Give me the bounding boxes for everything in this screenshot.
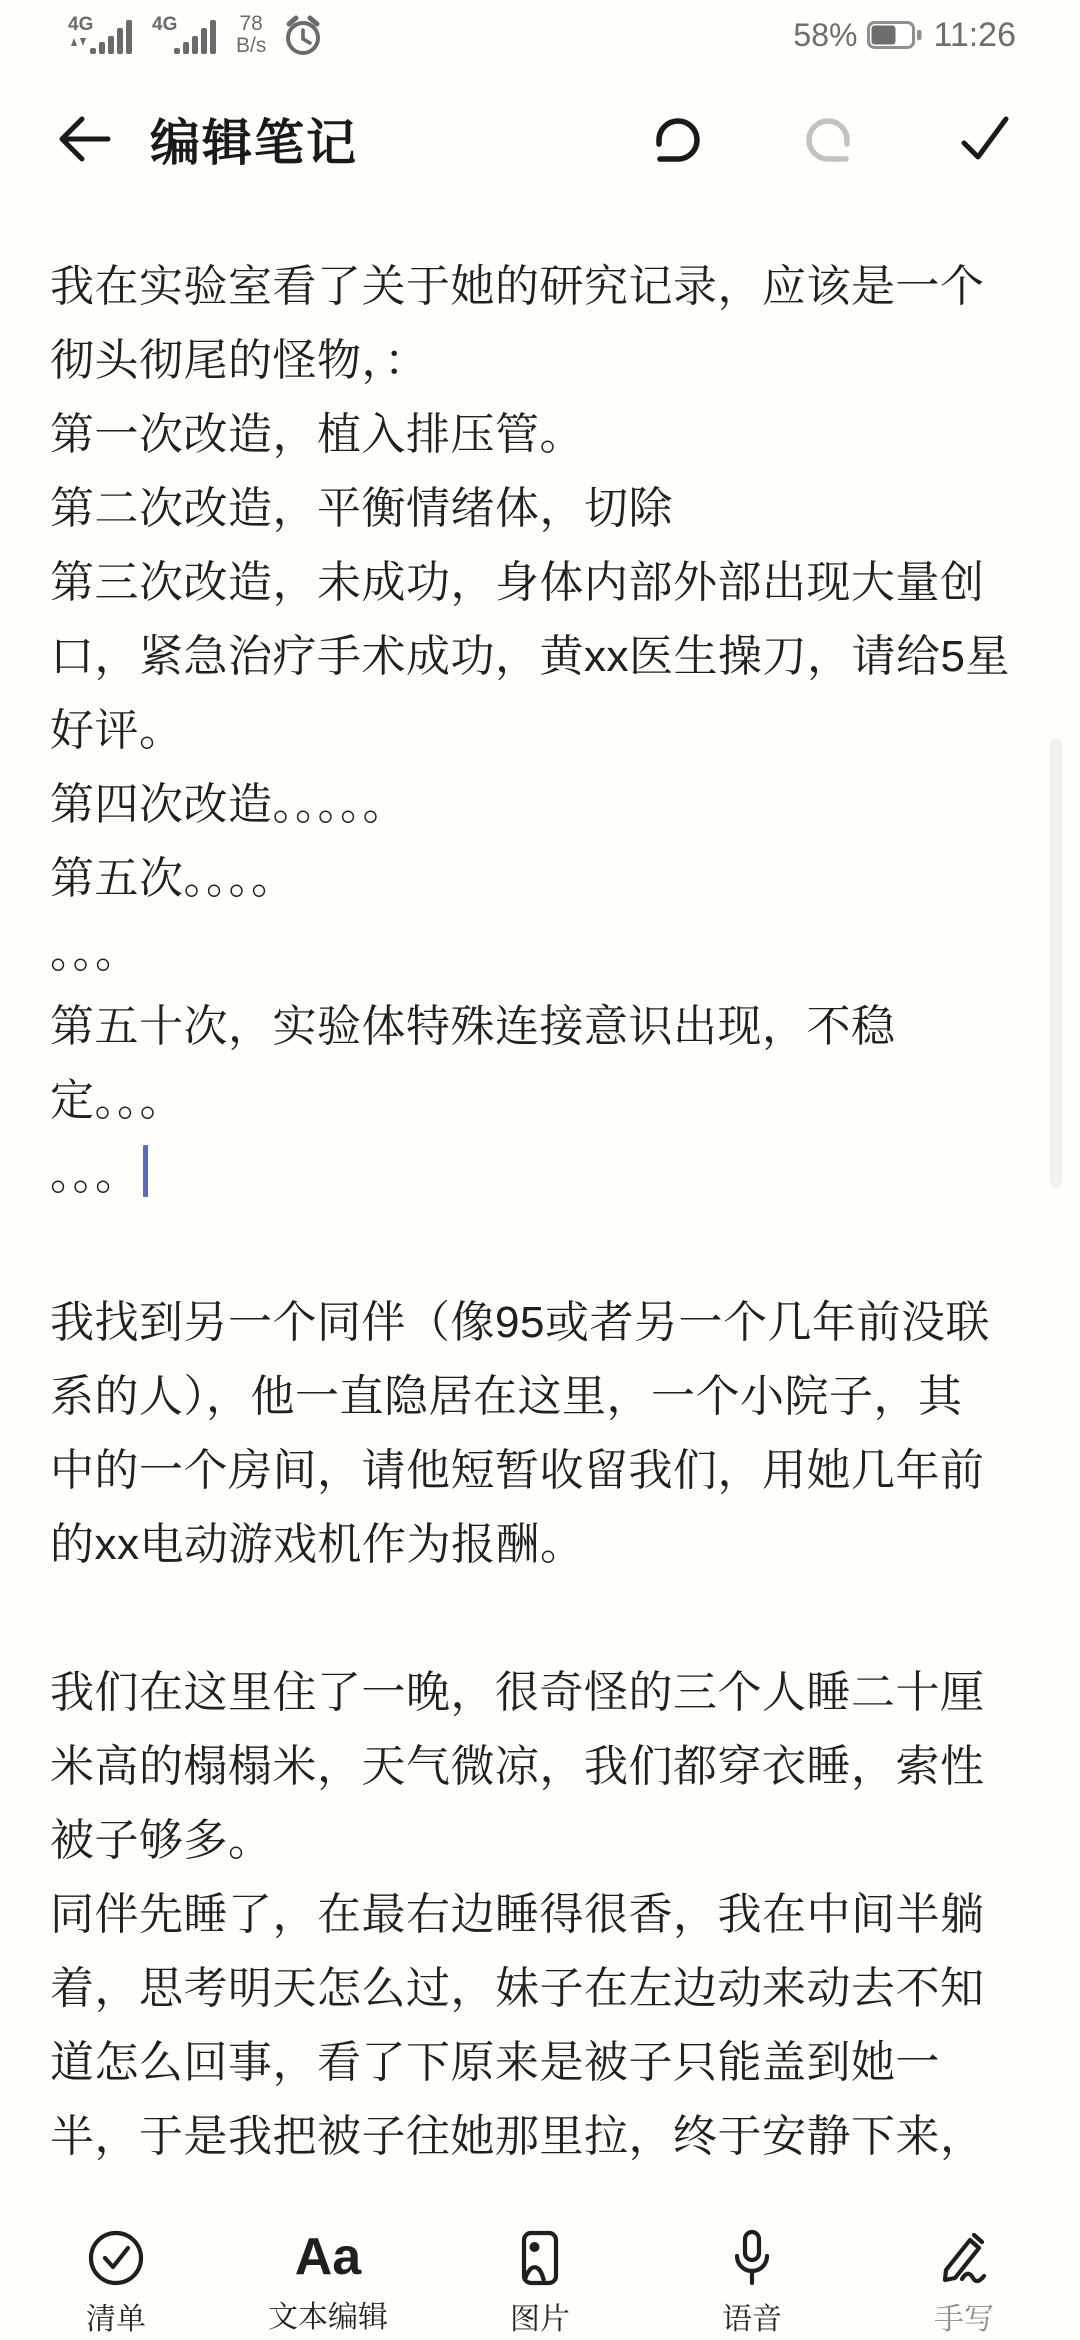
svg-text:4G: 4G (68, 14, 93, 35)
header-actions (644, 107, 1016, 171)
toolbar-item-label: 文本编辑 (268, 2292, 388, 2336)
note-line[interactable]: 同伴先睡了，在最右边睡得很香，我在中间半躺 (50, 1878, 1030, 1952)
toolbar-item-checklist[interactable]: 清单 (16, 2228, 216, 2338)
status-right-group: 58% 11:26 (793, 16, 1016, 55)
note-line[interactable]: 第四次改造。。。。。 (50, 768, 1030, 842)
note-line[interactable]: 米高的榻榻米，天气微凉，我们都穿衣睡，索性 (50, 1730, 1030, 1804)
status-left-group: 4G 4G 78 B/s (68, 12, 326, 58)
note-line[interactable]: 第二次改造，平衡情绪体，切除 (50, 472, 1030, 546)
note-line[interactable]: 好评。 (50, 694, 1030, 768)
toolbar-item-image[interactable]: 图片 (440, 2228, 640, 2338)
page-title: 编辑笔记 (150, 103, 358, 175)
note-line[interactable]: 的xx电动游戏机作为报酬。 (50, 1508, 1030, 1582)
redo-button[interactable] (798, 107, 862, 171)
note-line[interactable]: 口，紧急治疗手术成功，黄xx医生操刀，请给5星 (50, 620, 1030, 694)
network-speed-unit: B/s (236, 35, 266, 57)
text-cursor (143, 1145, 148, 1197)
toolbar-item-label: 手写 (934, 2294, 994, 2338)
toolbar-item-voice[interactable]: 语音 (652, 2228, 852, 2338)
network-speed: 78 B/s (236, 13, 266, 57)
voice-mic-icon (722, 2228, 782, 2288)
clock-time: 11:26 (933, 16, 1016, 55)
battery-icon (867, 19, 923, 51)
undo-button[interactable] (644, 107, 708, 171)
handwriting-icon (934, 2228, 994, 2288)
note-line[interactable]: 系的人），他一直隐居在这里，一个小院子，其 (50, 1360, 1030, 1434)
note-line[interactable]: 被子够多。 (50, 1804, 1030, 1878)
note-line[interactable]: 我们在这里住了一晚，很奇怪的三个人睡二十厘 (50, 1656, 1030, 1730)
status-bar: 4G 4G 78 B/s 58% (0, 0, 1080, 64)
battery-percent: 58% (793, 17, 857, 54)
note-line[interactable]: 第五次。。。。 (50, 842, 1030, 916)
note-body[interactable]: 我在实验室看了关于她的研究记录，应该是一个彻头彻尾的怪物，：第一次改造，植入排压… (50, 250, 1030, 2174)
undo-icon (644, 107, 708, 171)
note-line[interactable] (50, 1212, 1030, 1286)
note-line[interactable]: 。。。 (50, 916, 1030, 990)
network-speed-value: 78 (239, 13, 262, 35)
toolbar-item-handwriting[interactable]: 手写 (864, 2228, 1064, 2338)
note-line[interactable]: 着，思考明天怎么过，妹子在左边动来动去不知 (50, 1952, 1030, 2026)
text-edit-icon: Aa (295, 2228, 361, 2286)
bottom-toolbar: 清单 Aa 文本编辑 图片 语音 手写 (0, 2222, 1080, 2340)
note-line[interactable]: 中的一个房间，请他短暂收留我们，用她几年前 (50, 1434, 1030, 1508)
toolbar-item-label: 语音 (722, 2294, 782, 2338)
alarm-clock-icon (280, 12, 326, 58)
note-line[interactable] (50, 1582, 1030, 1656)
note-line[interactable]: 我在实验室看了关于她的研究记录，应该是一个 (50, 250, 1030, 324)
svg-text:4G: 4G (152, 14, 177, 35)
note-line[interactable]: 半，于是我把被子往她那里拉，终于安静下来， (50, 2100, 1030, 2174)
toolbar-item-label: 清单 (86, 2294, 146, 2338)
image-icon (510, 2228, 570, 2288)
checkmark-icon (952, 109, 1016, 169)
note-line[interactable]: 我找到另一个同伴（像95或者另一个几年前没联 (50, 1286, 1030, 1360)
checklist-icon (86, 2228, 146, 2288)
toolbar-item-label: 图片 (510, 2294, 570, 2338)
toolbar-item-text-edit[interactable]: Aa 文本编辑 (228, 2228, 428, 2336)
note-line[interactable]: 第五十次，实验体特殊连接意识出现，不稳 (50, 990, 1030, 1064)
back-button[interactable] (52, 109, 116, 169)
note-line[interactable]: 。。。 (50, 1138, 1030, 1212)
signal-strength-icon-sim2: 4G (152, 12, 222, 58)
note-line[interactable]: 第一次改造，植入排压管。 (50, 398, 1030, 472)
signal-strength-icon-sim1: 4G (68, 12, 138, 58)
note-line[interactable]: 道怎么回事，看了下原来是被子只能盖到她一 (50, 2026, 1030, 2100)
redo-icon (798, 107, 862, 171)
back-arrow-icon (52, 109, 116, 169)
note-line[interactable]: 第三次改造，未成功，身体内部外部出现大量创 (50, 546, 1030, 620)
header: 编辑笔记 (0, 64, 1080, 214)
scrollbar-thumb[interactable] (1050, 738, 1062, 1188)
note-line[interactable]: 彻头彻尾的怪物，： (50, 324, 1030, 398)
confirm-button[interactable] (952, 109, 1016, 169)
note-line[interactable]: 定。。。 (50, 1064, 1030, 1138)
